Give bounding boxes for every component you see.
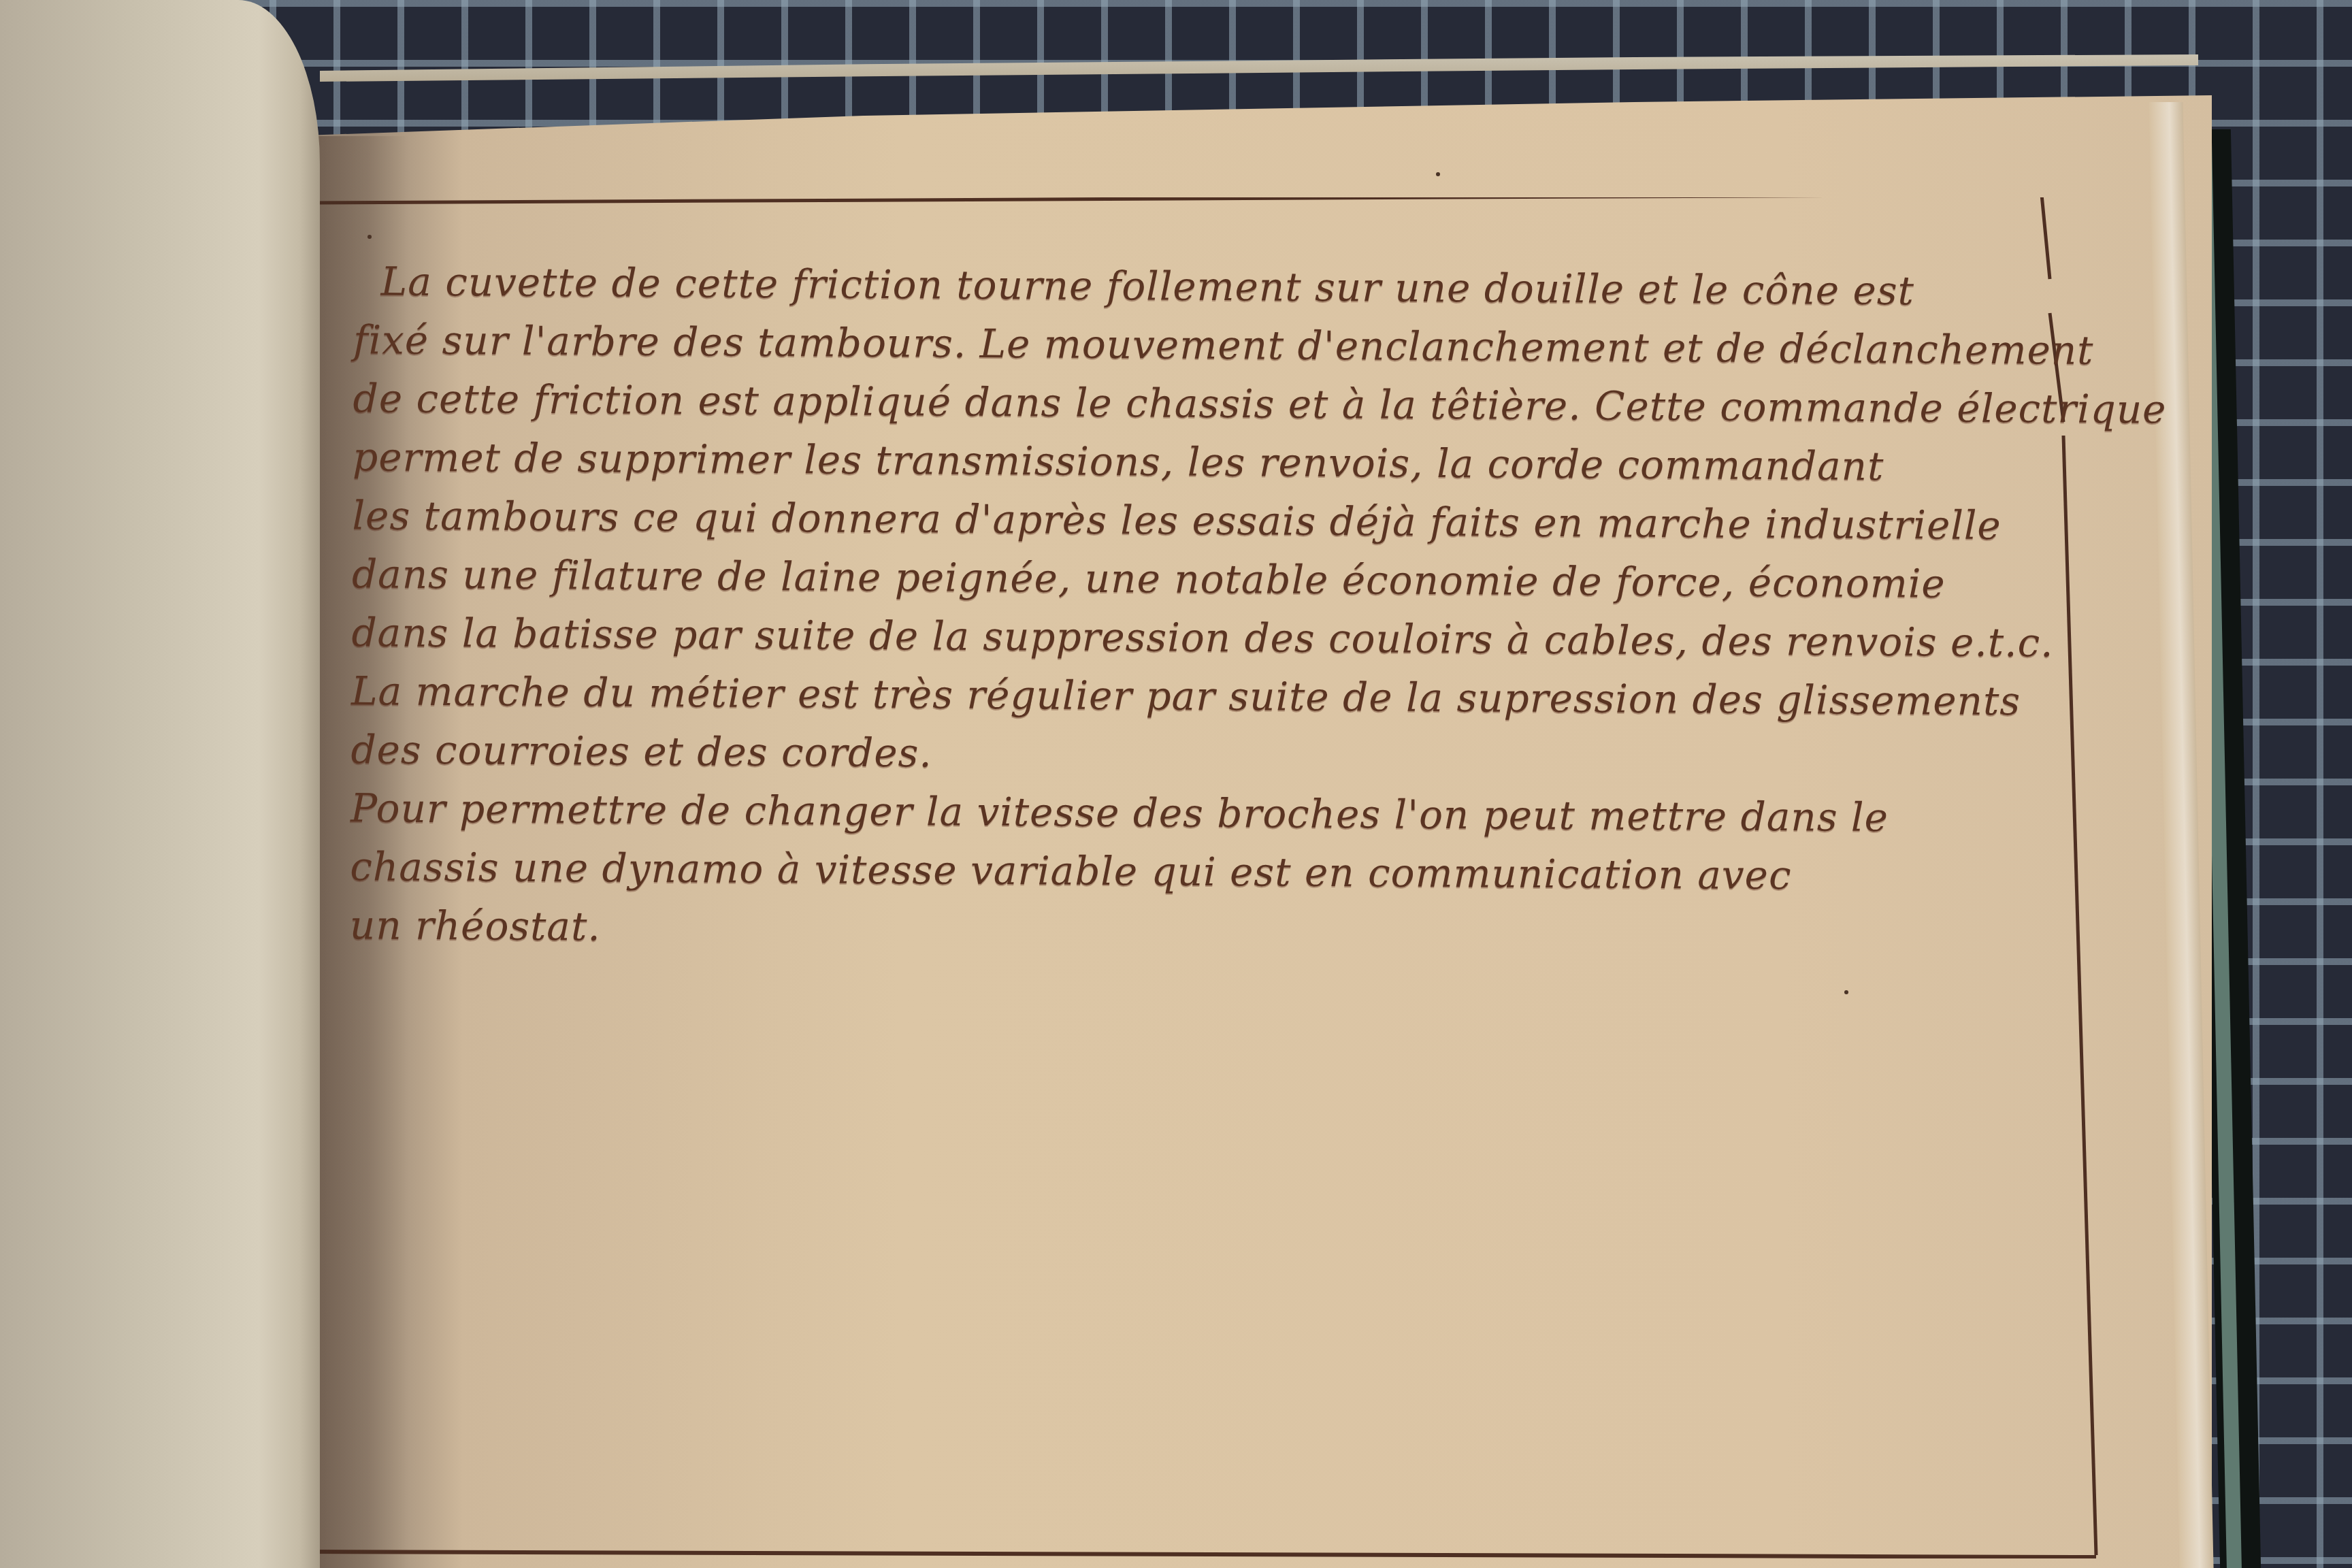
handwritten-text: La cuvette de cette friction tourne foll…: [316, 252, 2225, 966]
text-line: chassis une dynamo à vitesse variable qu…: [316, 837, 2221, 907]
page-stack-top-edge: [320, 54, 2198, 82]
text-line: un rhéostat.: [316, 896, 2221, 966]
left-page-curled: [0, 0, 320, 1568]
photo-scene: La cuvette de cette friction tourne foll…: [0, 0, 2352, 1568]
